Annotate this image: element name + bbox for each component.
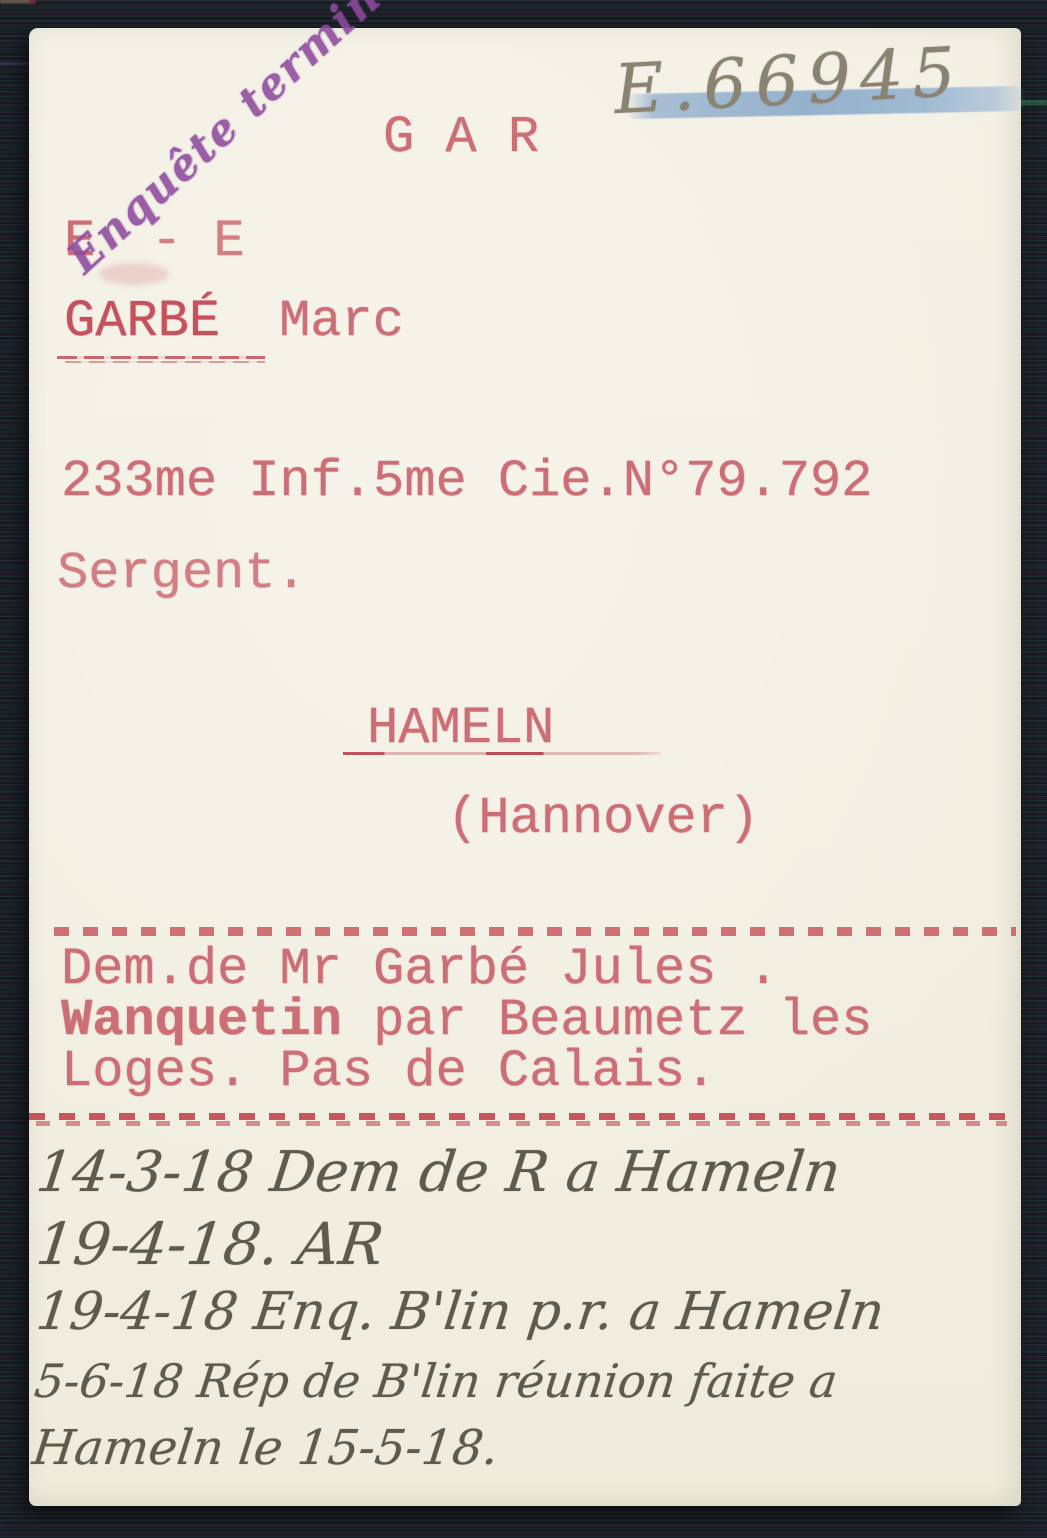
unit-line: 233me Inf.5me Cie.N°79.792 bbox=[61, 456, 872, 508]
index-card: E.66945 Enquête terminée G A R E - E GAR… bbox=[29, 28, 1021, 1506]
given-name: Marc bbox=[279, 296, 404, 348]
scan-streak-green-left bbox=[0, 0, 30, 3]
camp-region: (Hannover) bbox=[447, 793, 759, 845]
request-line-2: Wanquetin par Beaumetz les bbox=[61, 995, 872, 1047]
archive-number: E.66945 bbox=[612, 33, 966, 130]
request-line-3: Loges. Pas de Calais. bbox=[61, 1046, 716, 1098]
camp-underline bbox=[343, 751, 661, 756]
annotation-line-1: 14-3-18 Dem de R a Hameln bbox=[33, 1140, 844, 1205]
annotation-line-2: 19-4-18. AR bbox=[33, 1210, 387, 1278]
scan-streak-violet bbox=[0, 62, 30, 65]
request-line-1: Dem.de Mr Garbé Jules . bbox=[61, 944, 779, 996]
dashed-separator-bottom bbox=[29, 1112, 1007, 1127]
annotation-line-4: 5-6-18 Rép de B'lin réunion faite a bbox=[32, 1354, 841, 1408]
rank-line: Sergent. bbox=[57, 548, 307, 600]
series-right: - E bbox=[151, 216, 245, 268]
surname: GARBÉ bbox=[64, 296, 220, 348]
annotation-line-5: Hameln le 15-5-18. bbox=[30, 1420, 502, 1476]
enquete-terminee-stamp: Enquête terminée bbox=[58, 0, 434, 283]
camp-name: HAMELN bbox=[367, 703, 554, 755]
surname-underline bbox=[57, 355, 265, 364]
header-title: G A R bbox=[383, 112, 539, 164]
annotation-line-3: 19-4-18 Enq. B'lin p.r. a Hameln bbox=[33, 1282, 887, 1342]
dashed-separator-top bbox=[54, 926, 1016, 937]
